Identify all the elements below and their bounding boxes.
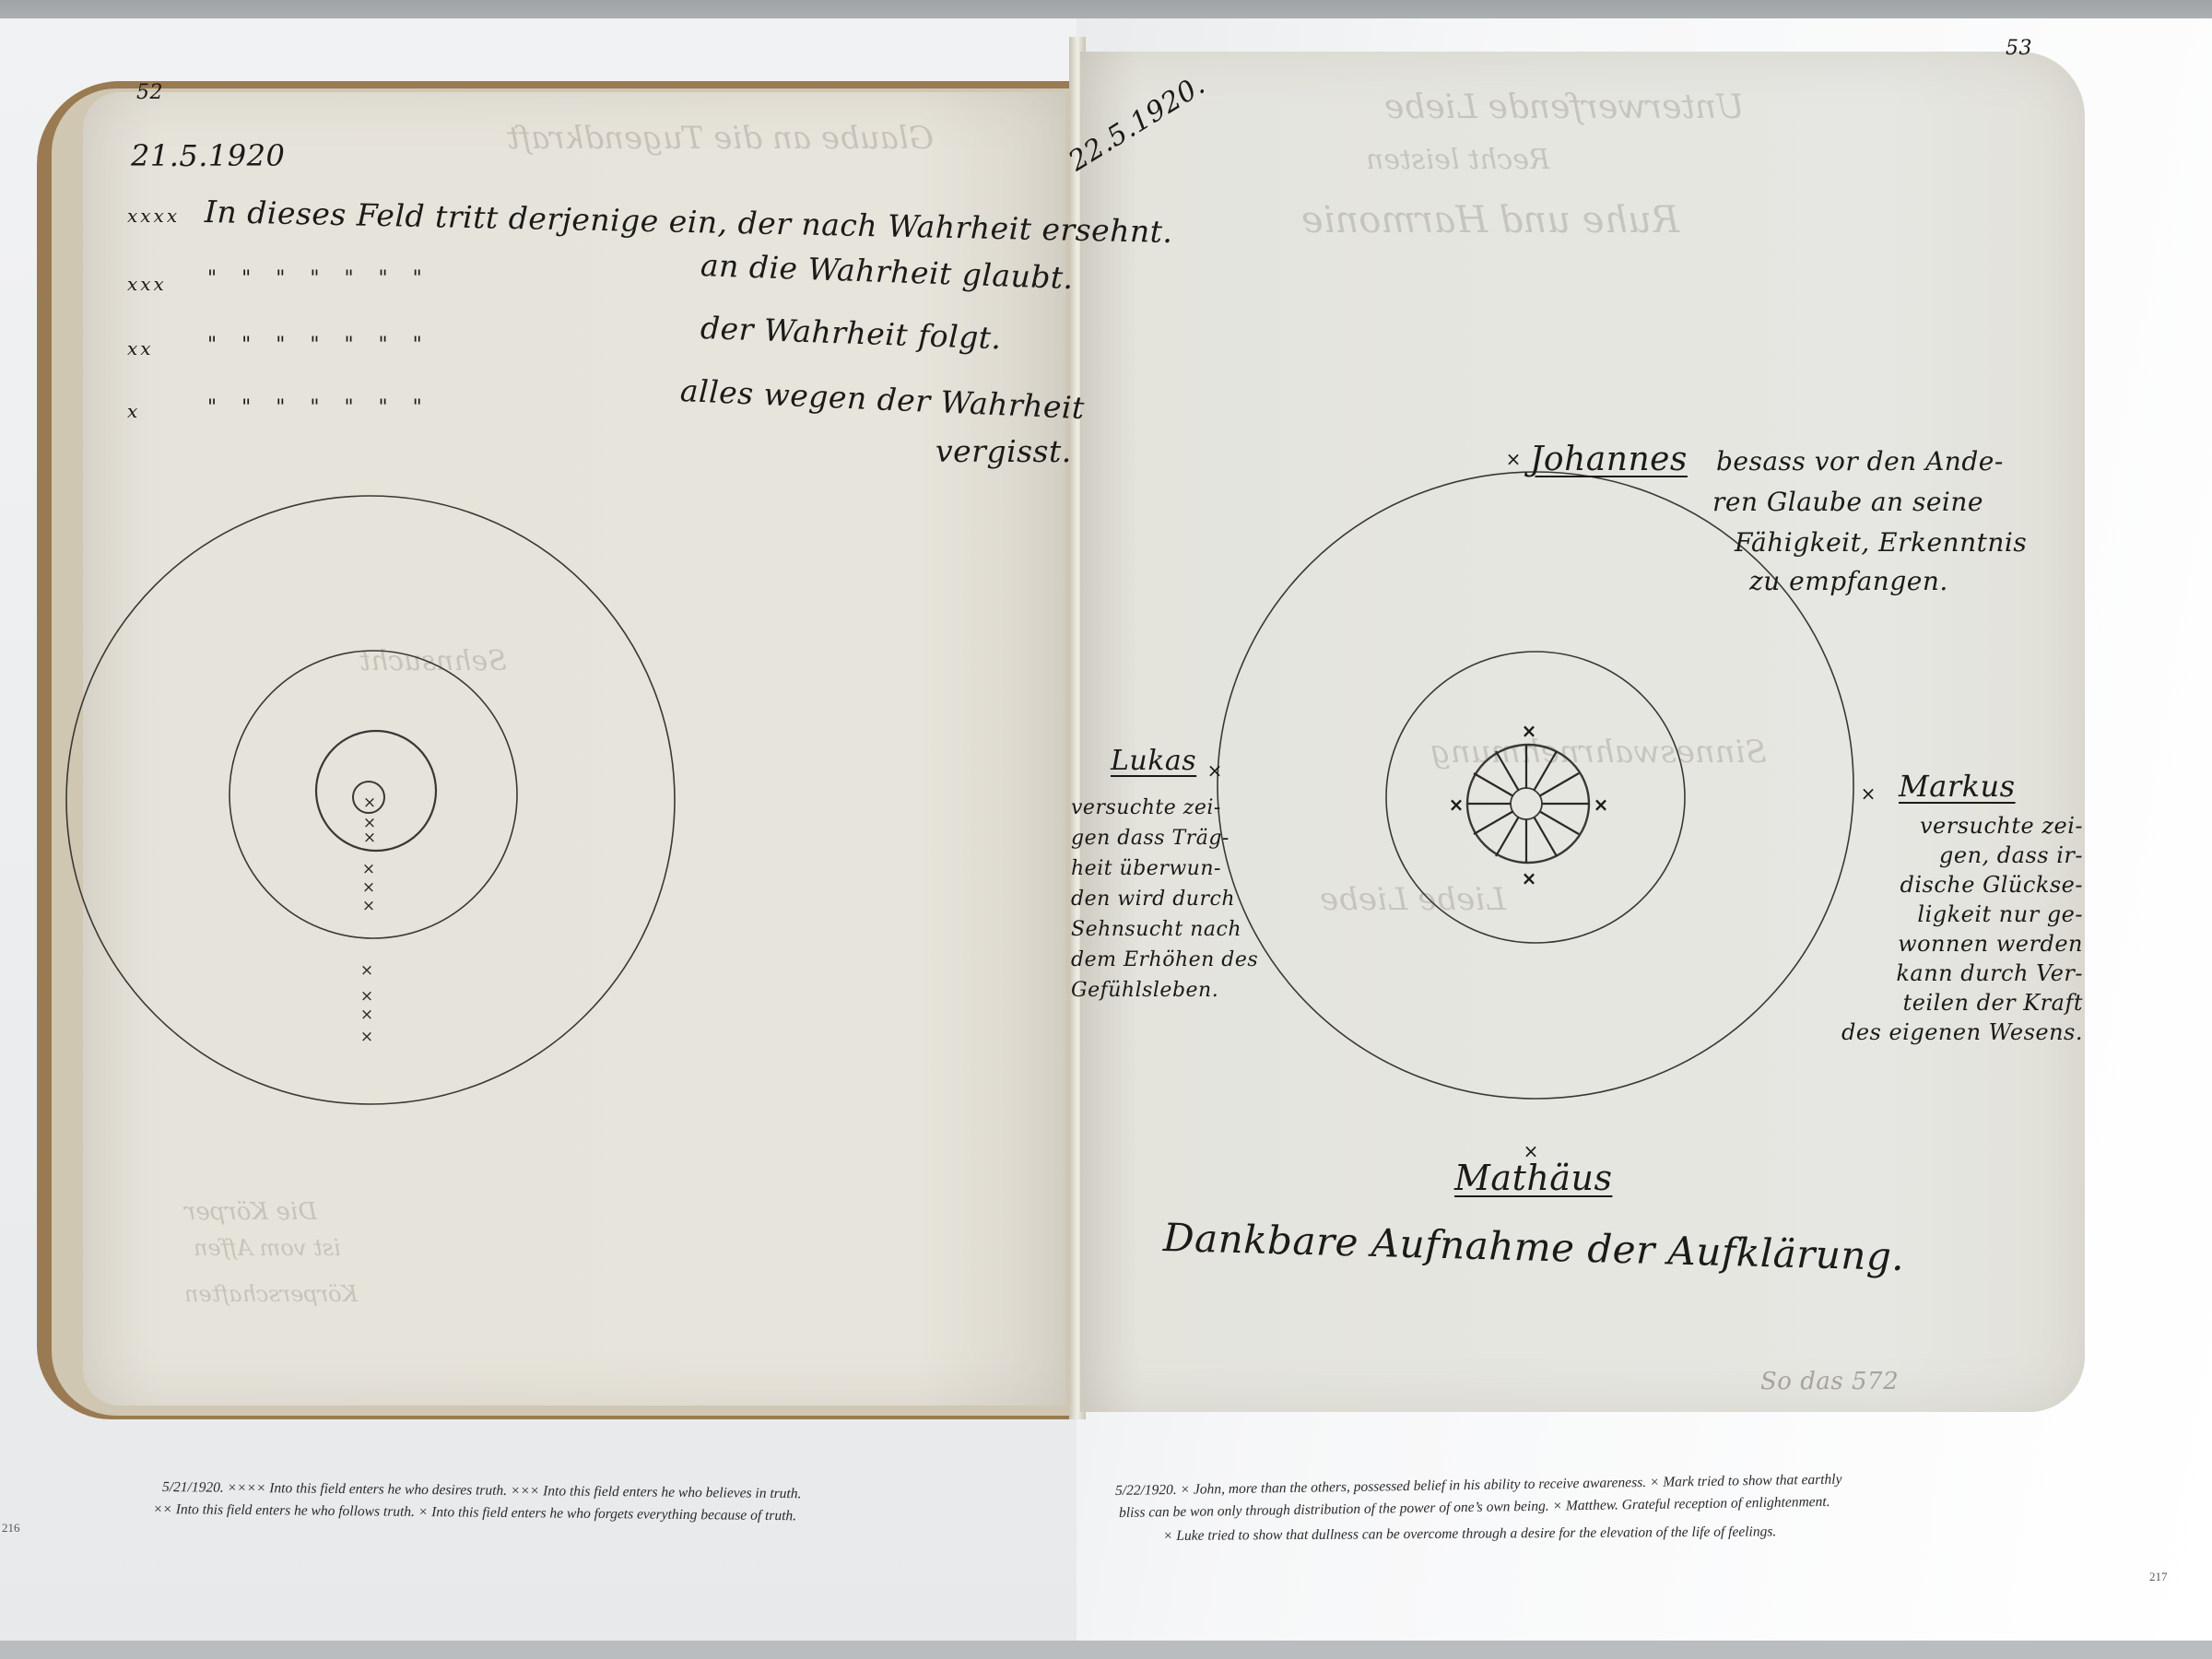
markus-text-line: ligkeit nur ge- bbox=[1788, 900, 2083, 929]
svg-text:×: × bbox=[1522, 867, 1537, 889]
svg-text:×: × bbox=[1594, 794, 1609, 816]
lukas-text-line: gen dass Träg- bbox=[1071, 823, 1246, 853]
name-markus: Markus bbox=[1899, 769, 2016, 804]
lukas-text-line: Sehnsucht nach bbox=[1071, 914, 1246, 945]
svg-text:×: × bbox=[1506, 448, 1522, 470]
name-johannes: Johannes bbox=[1530, 441, 1688, 478]
markus-text-line: dische Glückse- bbox=[1788, 870, 2083, 900]
caption-right-line: × Luke tried to show that dullness can b… bbox=[1163, 1521, 1776, 1547]
name-lukas: Lukas bbox=[1111, 745, 1196, 777]
markus-text: versuchte zei- gen, dass ir- dische Glüc… bbox=[1788, 811, 2083, 1047]
pencil-note: So das 572 bbox=[1760, 1368, 1899, 1395]
lukas-text-line: dem Erhöhen des bbox=[1071, 945, 1246, 975]
name-mathaeus: Mathäus bbox=[1454, 1158, 1612, 1198]
markus-text-line: teilen der Kraft bbox=[1788, 988, 2083, 1018]
svg-text:×: × bbox=[1522, 720, 1537, 742]
lukas-text-line: den wird durch bbox=[1071, 884, 1246, 914]
lukas-text: versuchte zei- gen dass Träg- heit überw… bbox=[1071, 793, 1246, 1006]
johannes-text-line: besass vor den Ande- bbox=[1716, 446, 2004, 477]
svg-text:×: × bbox=[1207, 759, 1223, 782]
johannes-text-line: zu empfangen. bbox=[1749, 566, 1948, 596]
folio-left: 216 bbox=[2, 1521, 20, 1535]
lukas-text-line: heit überwun- bbox=[1071, 853, 1246, 884]
johannes-text-line: Fähigkeit, Erkenntnis bbox=[1735, 527, 2027, 558]
lukas-text-line: versuchte zei- bbox=[1071, 793, 1246, 823]
johannes-text-line: ren Glaube an seine bbox=[1712, 487, 1983, 517]
svg-text:×: × bbox=[1449, 794, 1465, 816]
folio-right: 217 bbox=[2149, 1570, 2168, 1584]
lukas-text-line: Gefühlsleben. bbox=[1071, 975, 1246, 1006]
markus-text-line: gen, dass ir- bbox=[1788, 841, 2083, 870]
svg-text:×: × bbox=[1861, 782, 1877, 805]
markus-text-line: versuchte zei- bbox=[1788, 811, 2083, 841]
markus-text-line: kann durch Ver- bbox=[1788, 959, 2083, 988]
markus-text-line: wonnen werden bbox=[1788, 929, 2083, 959]
markus-text-line: des eigenen Wesens. bbox=[1788, 1018, 2083, 1047]
